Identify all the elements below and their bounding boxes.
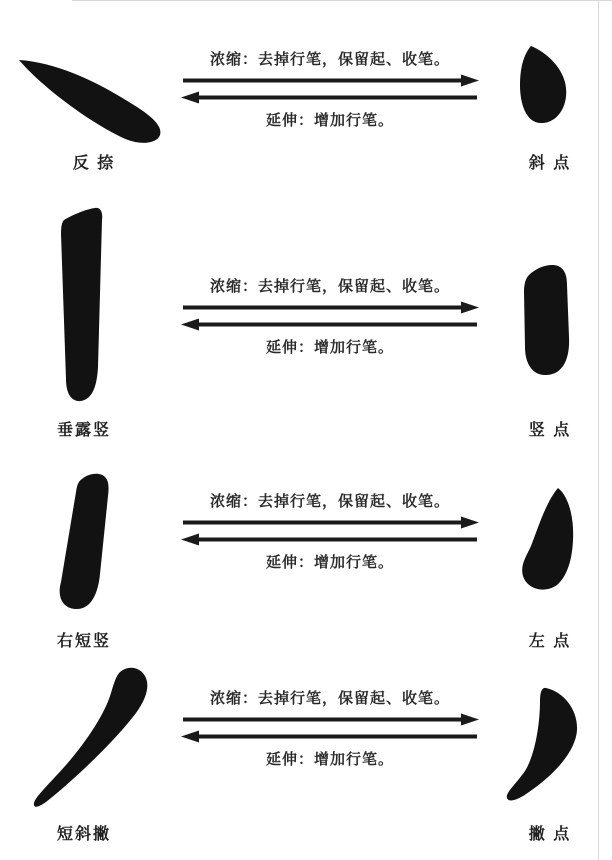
diagram-row-4: 浓缩：去掉行笔，保留起、收笔。 延伸：增加行笔。 短斜撇 撇 点 xyxy=(0,655,612,855)
condense-caption: 浓缩：去掉行笔，保留起、收笔。 xyxy=(178,275,482,296)
arrow-left-icon xyxy=(181,91,479,104)
duan-xie-pie-stroke-icon xyxy=(32,663,156,815)
stroke-name-label: 斜 点 xyxy=(506,150,594,173)
transform-arrows-3: 浓缩：去掉行笔，保留起、收笔。 延伸：增加行笔。 xyxy=(178,490,482,572)
arrow-right-icon xyxy=(181,74,479,87)
stroke-name-label: 撇 点 xyxy=(506,821,594,844)
stroke-name-label: 反 捺 xyxy=(38,150,150,173)
chui-lu-shu-stroke-icon xyxy=(48,205,110,407)
extend-caption: 延伸：增加行笔。 xyxy=(178,336,482,357)
arrow-left-icon xyxy=(181,318,479,331)
extend-caption: 延伸：增加行笔。 xyxy=(178,109,482,130)
extend-caption: 延伸：增加行笔。 xyxy=(178,551,482,572)
calligraphy-stroke-diagram: 浓缩：去掉行笔，保留起、收笔。 延伸：增加行笔。 反 捺 斜 点 xyxy=(0,0,612,860)
diagram-row-2: 浓缩：去掉行笔，保留起、收笔。 延伸：增加行笔。 垂露竖 竖 点 xyxy=(0,195,612,460)
shu-dian-stroke-icon xyxy=(514,261,580,389)
condense-caption: 浓缩：去掉行笔，保留起、收笔。 xyxy=(178,490,482,511)
you-duan-shu-stroke-icon xyxy=(52,470,128,618)
stroke-name-label: 右短竖 xyxy=(28,628,140,651)
stroke-name-label: 左 点 xyxy=(506,628,594,651)
top-border-line xyxy=(72,0,612,1)
arrow-right-icon xyxy=(181,301,479,314)
zuo-dian-stroke-icon xyxy=(512,482,584,604)
xie-dian-stroke-icon xyxy=(508,42,580,138)
stroke-name-label: 短斜撇 xyxy=(28,821,140,844)
transform-arrows-2: 浓缩：去掉行笔，保留起、收笔。 延伸：增加行笔。 xyxy=(178,275,482,357)
arrow-right-icon xyxy=(181,516,479,529)
stroke-name-label: 垂露竖 xyxy=(28,417,140,440)
arrow-left-icon xyxy=(181,533,479,546)
condense-caption: 浓缩：去掉行笔，保留起、收笔。 xyxy=(178,687,482,708)
arrow-left-icon xyxy=(181,730,479,743)
arrow-right-icon xyxy=(181,713,479,726)
transform-arrows-4: 浓缩：去掉行笔，保留起、收笔。 延伸：增加行笔。 xyxy=(178,687,482,769)
fan-na-stroke-icon xyxy=(14,40,170,146)
transform-arrows-1: 浓缩：去掉行笔，保留起、收笔。 延伸：增加行笔。 xyxy=(178,48,482,130)
diagram-row-3: 浓缩：去掉行笔，保留起、收笔。 延伸：增加行笔。 右短竖 左 点 xyxy=(0,460,612,655)
condense-caption: 浓缩：去掉行笔，保留起、收笔。 xyxy=(178,48,482,69)
stroke-name-label: 竖 点 xyxy=(506,417,594,440)
pie-dian-stroke-icon xyxy=(502,681,590,809)
diagram-row-1: 浓缩：去掉行笔，保留起、收笔。 延伸：增加行笔。 反 捺 斜 点 xyxy=(0,30,612,195)
extend-caption: 延伸：增加行笔。 xyxy=(178,748,482,769)
